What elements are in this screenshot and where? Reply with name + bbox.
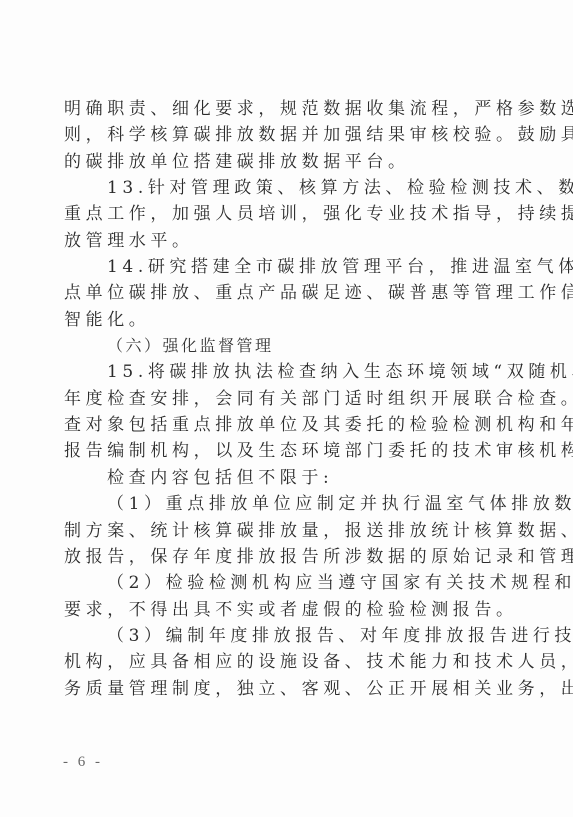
document-page: 明确职责、细化要求，规范数据收集流程，严格参数选取规 则，科学核算碳排放数据并加… bbox=[0, 0, 573, 817]
section-heading: （六）强化监督管理 bbox=[64, 333, 510, 359]
text-line: 查对象包括重点排放单位及其委托的检验检测机构和年度排放 bbox=[64, 412, 510, 438]
text-line: 智能化。 bbox=[64, 307, 510, 333]
paragraph-13-start: 13.针对管理政策、核算方法、检验检测技术、数据分析等 bbox=[64, 175, 510, 201]
item-1-start: （1）重点排放单位应制定并执行温室气体排放数据质量控 bbox=[64, 491, 510, 517]
text-line: 则，科学核算碳排放数据并加强结果审核校验。鼓励具备条件 bbox=[64, 122, 510, 148]
text-line: 明确职责、细化要求，规范数据收集流程，严格参数选取规 bbox=[64, 96, 510, 122]
text-line: 要求，不得出具不实或者虚假的检验检测报告。 bbox=[64, 597, 510, 623]
text-line: 的碳排放单位搭建碳排放数据平台。 bbox=[64, 149, 510, 175]
text-line: 放报告，保存年度排放报告所涉数据的原始记录和管理台账。 bbox=[64, 544, 510, 570]
text-line: 务质量管理制度，独立、客观、公正开展相关业务，出具的年 bbox=[64, 676, 510, 702]
text-line: 报告编制机构，以及生态环境部门委托的技术审核机构。 bbox=[64, 438, 510, 464]
text-line: 放管理水平。 bbox=[64, 228, 510, 254]
item-2-start: （2）检验检测机构应当遵守国家有关技术规程和技术规范 bbox=[64, 570, 510, 596]
item-3-start: （3）编制年度排放报告、对年度排放报告进行技术审核的 bbox=[64, 623, 510, 649]
page-number: - 6 - bbox=[63, 754, 103, 771]
inspection-content-intro: 检查内容包括但不限于: bbox=[64, 465, 510, 491]
paragraph-15-start: 15.将碳排放执法检查纳入生态环境领域“双随机、一公开” bbox=[64, 359, 510, 385]
text-line: 制方案、统计核算碳排放量，报送排放统计核算数据、年度排 bbox=[64, 518, 510, 544]
text-line: 重点工作，加强人员培训，强化专业技术指导，持续提升碳排 bbox=[64, 201, 510, 227]
document-body: 明确职责、细化要求，规范数据收集流程，严格参数选取规 则，科学核算碳排放数据并加… bbox=[64, 96, 510, 702]
text-line: 点单位碳排放、重点产品碳足迹、碳普惠等管理工作信息化、 bbox=[64, 280, 510, 306]
paragraph-14-start: 14.研究搭建全市碳排放管理平台，推进温室气体清单、重 bbox=[64, 254, 510, 280]
text-line: 机构，应具备相应的设施设备、技术能力和技术人员，建立业 bbox=[64, 649, 510, 675]
text-line: 年度检查安排，会同有关部门适时组织开展联合检查。执法检 bbox=[64, 386, 510, 412]
